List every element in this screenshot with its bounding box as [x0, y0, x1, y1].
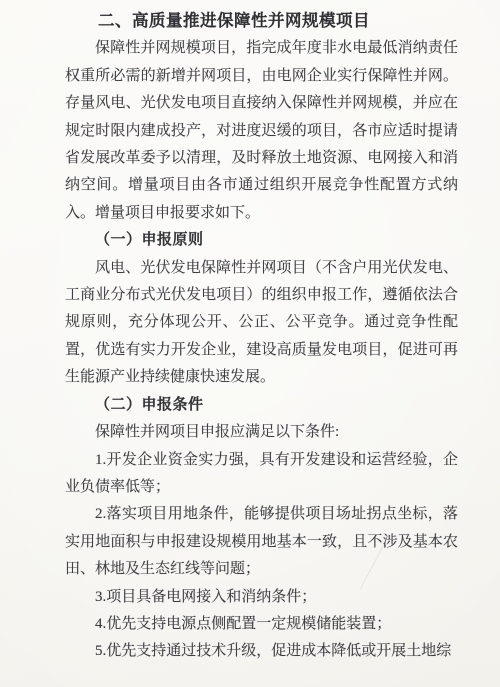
- list-item-1: 1.开发企业资金实力强，具有开发建设和运营经验，企业负债率低等；: [65, 447, 458, 502]
- document-body: 二、高质量推进保障性并网规模项目 保障性并网规模项目，指完成年度非水电最低消纳责…: [65, 8, 458, 666]
- paragraph-conditions-intro: 保障性并网项目申报应满足以下条件:: [65, 419, 458, 446]
- paragraph-definition: 保障性并网规模项目，指完成年度非水电最低消纳责任权重所必需的新增并网项目，由电网…: [65, 35, 458, 227]
- list-item-2: 2.落实项目用地条件，能够提供项目场址拐点坐标，落实用地面积与申报建设规模用地基…: [65, 501, 458, 583]
- list-item-3: 3.项目具备电网接入和消纳条件；: [65, 584, 458, 611]
- paragraph-principles: 风电、光伏发电保障性并网项目（不含户用光伏发电、工商业分布式光伏发电项目）的组织…: [65, 255, 458, 392]
- subheading-application-principles: （一）申报原则: [65, 227, 458, 254]
- scanned-document-page: 二、高质量推进保障性并网规模项目 保障性并网规模项目，指完成年度非水电最低消纳责…: [0, 0, 500, 687]
- list-item-5: 5.优先支持通过技术升级，促进成本降低或开展土地综: [65, 638, 458, 665]
- subheading-application-conditions: （二）申报条件: [65, 392, 458, 419]
- list-item-4: 4.优先支持电源点侧配置一定规模储能装置；: [65, 611, 458, 638]
- section-heading: 二、高质量推进保障性并网规模项目: [65, 8, 458, 35]
